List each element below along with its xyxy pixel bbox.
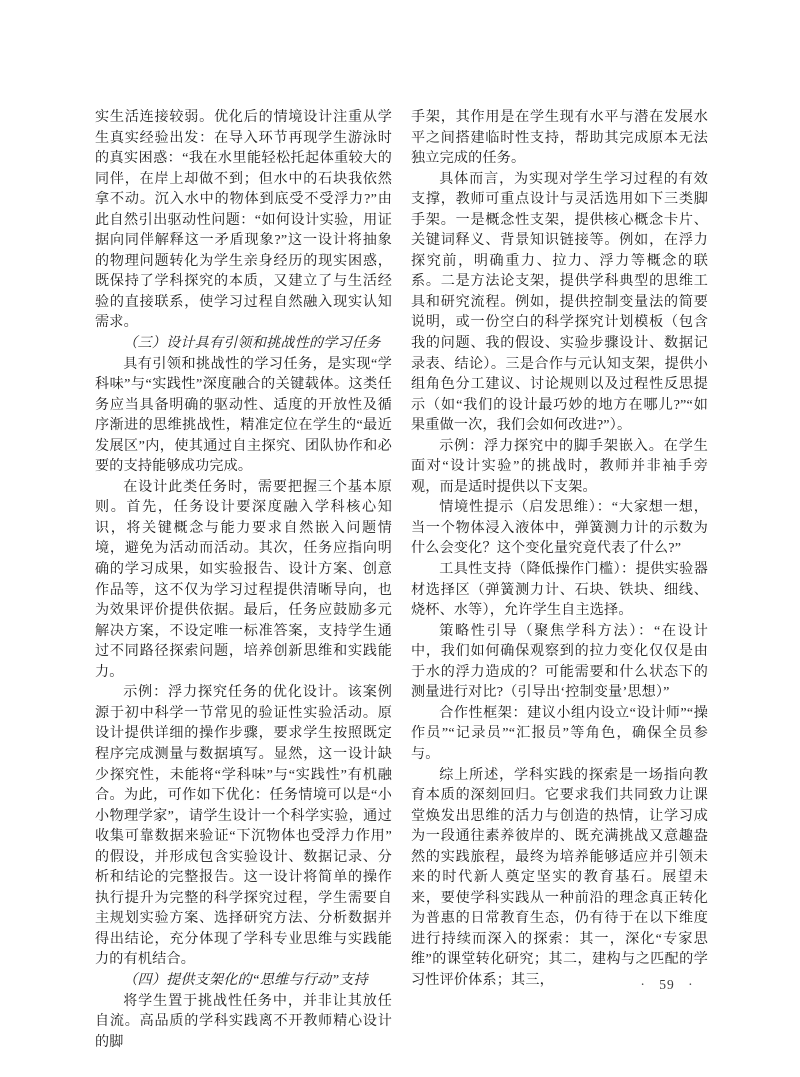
column-right: 手架，其作用是在学生现有水平与潜在发展水平之间搭建临时性支持，帮助其完成原本无法… xyxy=(411,107,708,1052)
paragraph: 工具性支持（降低操作门槛）：提供实验器材选择区（弹簧测力计、石块、铁块、细线、烧… xyxy=(411,559,708,621)
section-heading: （四）提供支架化的“思维与行动”支持 xyxy=(95,970,392,991)
paragraph: 综上所述，学科实践的探索是一场指向教育本质的深刻回归。它要求我们共同致力让课堂焕… xyxy=(411,765,708,991)
paragraph: 将学生置于挑战性任务中，并非让其放任自流。高品质的学科实践离不开教师精心设计的脚 xyxy=(95,991,392,1053)
section-heading: （三）设计具有引领和挑战性的学习任务 xyxy=(95,333,392,354)
paragraph: 具有引领和挑战性的学习任务，是实现“学科味”与“实践性”深度融合的关键载体。这类… xyxy=(95,354,392,477)
paragraph: 策略性引导（聚焦学科方法）：“在设计中，我们如何确保观察到的拉力变化仅仅是由于水… xyxy=(411,621,708,703)
article-text-block: 实生活连接较弱。优化后的情境设计注重从学生真实经验出发：在导入环节再现学生游泳时… xyxy=(95,107,708,1052)
column-left: 实生活连接较弱。优化后的情境设计注重从学生真实经验出发：在导入环节再现学生游泳时… xyxy=(95,107,392,1052)
paragraph: 合作性框架：建议小组内设立“设计师”“操作员”“记录员”“汇报员”等角色，确保全… xyxy=(411,703,708,765)
paragraph: 实生活连接较弱。优化后的情境设计注重从学生真实经验出发：在导入环节再现学生游泳时… xyxy=(95,107,392,333)
paragraph: 情境性提示（启发思维）：“大家想一想，当一个物体浸入液体中，弹簧测力计的示数为什… xyxy=(411,497,708,559)
page-number: · 59 · xyxy=(547,977,787,993)
paragraph: 示例：浮力探究任务的优化设计。该案例源于初中科学一节常见的验证性实验活动。原设计… xyxy=(95,682,392,970)
paragraph: 示例：浮力探究中的脚手架嵌入。在学生面对“设计实验”的挑战时，教师并非袖手旁观，… xyxy=(411,436,708,498)
paragraph: 具体而言，为实现对学生学习过程的有效支撑，教师可重点设计与灵活选用如下三类脚手架… xyxy=(411,169,708,436)
paragraph: 手架，其作用是在学生现有水平与潜在发展水平之间搭建临时性支持，帮助其完成原本无法… xyxy=(411,107,708,169)
journal-page: 实生活连接较弱。优化后的情境设计注重从学生真实经验出发：在导入环节再现学生游泳时… xyxy=(0,0,800,1077)
paragraph: 在设计此类任务时，需要把握三个基本原则。首先，任务设计要深度融入学科核心知识，将… xyxy=(95,477,392,682)
